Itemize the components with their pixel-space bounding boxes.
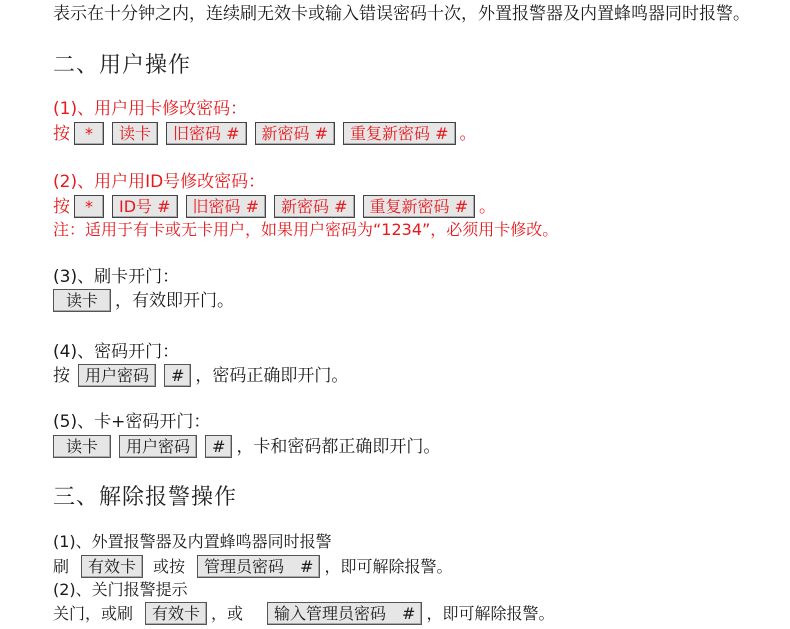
item-steps-door-alarm: 关门，或刷 有效卡 ，或 输入管理员密码 # ，即可解除报警。 (53, 602, 554, 625)
item-steps-card-password-open: 读卡 用户密码 # ，卡和密码都正确即开门。 (49, 435, 440, 458)
key-star: * (74, 195, 104, 218)
key-valid-card: 有效卡 (81, 555, 143, 578)
item-steps-password-open: 按 用户密码 # ，密码正确即开门。 (53, 364, 348, 387)
key-star: * (74, 122, 104, 145)
step-prefix: 按 (53, 365, 70, 387)
item-steps-id-change-password: 按 * ID号 # 旧密码 # 新密码 # 重复新密码 # 。 (53, 195, 496, 218)
item-title-card-password-open: (5)、卡+密码开门： (53, 411, 210, 433)
item-steps-alarm-both: 刷 有效卡 或按 管理员密码 # ，即可解除报警。 (53, 555, 452, 578)
item-title-card-open: (3)、刷卡开门： (53, 266, 179, 288)
step-suffix: ，即可解除报警。 (426, 603, 554, 625)
key-read-card: 读卡 (112, 122, 158, 145)
key-user-password: 用户密码 (78, 364, 156, 387)
step-prefix: 关门，或刷 (53, 603, 133, 625)
item-title-door-alarm: (2)、关门报警提示 (53, 579, 188, 601)
key-repeat-new-password: 重复新密码 # (343, 122, 456, 145)
section-heading-user-operations: 二、用户操作 (53, 52, 191, 80)
key-id-number: ID号 # (112, 195, 178, 218)
key-repeat-new-password: 重复新密码 # (363, 195, 476, 218)
key-hash: # (205, 435, 232, 458)
key-new-password: 新密码 # (274, 195, 355, 218)
step-suffix: ，即可解除报警。 (324, 556, 452, 578)
step-middle: 或按 (153, 556, 185, 578)
item-title-card-change-password: (1)、用户用卡修改密码： (53, 98, 247, 120)
item-steps-card-open: 读卡 ，有效即开门。 (49, 289, 234, 312)
key-old-password: 旧密码 # (166, 122, 247, 145)
key-read-card: 读卡 (53, 289, 111, 312)
key-read-card: 读卡 (53, 435, 111, 458)
item-title-alarm-both: (1)、外置报警器及内置蜂鸣器同时报警 (53, 531, 332, 553)
key-admin-password: 管理员密码 # (197, 555, 320, 578)
step-suffix: ，有效即开门。 (115, 290, 234, 312)
key-new-password: 新密码 # (255, 122, 336, 145)
item-title-id-change-password: (2)、用户用ID号修改密码： (53, 171, 265, 193)
step-prefix: 刷 (53, 556, 69, 578)
step-suffix: 。 (460, 123, 477, 145)
item-title-password-open: (4)、密码开门： (53, 341, 179, 363)
item-steps-card-change-password: 按 * 读卡 旧密码 # 新密码 # 重复新密码 # 。 (53, 122, 477, 145)
step-suffix: 。 (479, 196, 496, 218)
key-input-admin-password: 输入管理员密码 # (267, 602, 422, 625)
section-heading-clear-alarm: 三、解除报警操作 (53, 484, 237, 512)
step-suffix: ，密码正确即开门。 (195, 365, 348, 387)
step-suffix: ，卡和密码都正确即开门。 (236, 436, 440, 458)
note-text: 注：适用于有卡或无卡用户，如果用户密码为“1234”，必须用卡修改。 (53, 219, 558, 241)
key-valid-card: 有效卡 (145, 602, 207, 625)
key-user-password: 用户密码 (119, 435, 197, 458)
step-prefix: 按 (53, 123, 70, 145)
key-old-password: 旧密码 # (186, 195, 267, 218)
step-prefix: 按 (53, 196, 70, 218)
step-middle: ，或 (211, 603, 243, 625)
intro-paragraph: 表示在十分钟之内，连续刷无效卡或输入错误密码十次，外置报警器及内置蜂鸣器同时报警… (53, 3, 750, 25)
key-hash: # (164, 364, 191, 387)
